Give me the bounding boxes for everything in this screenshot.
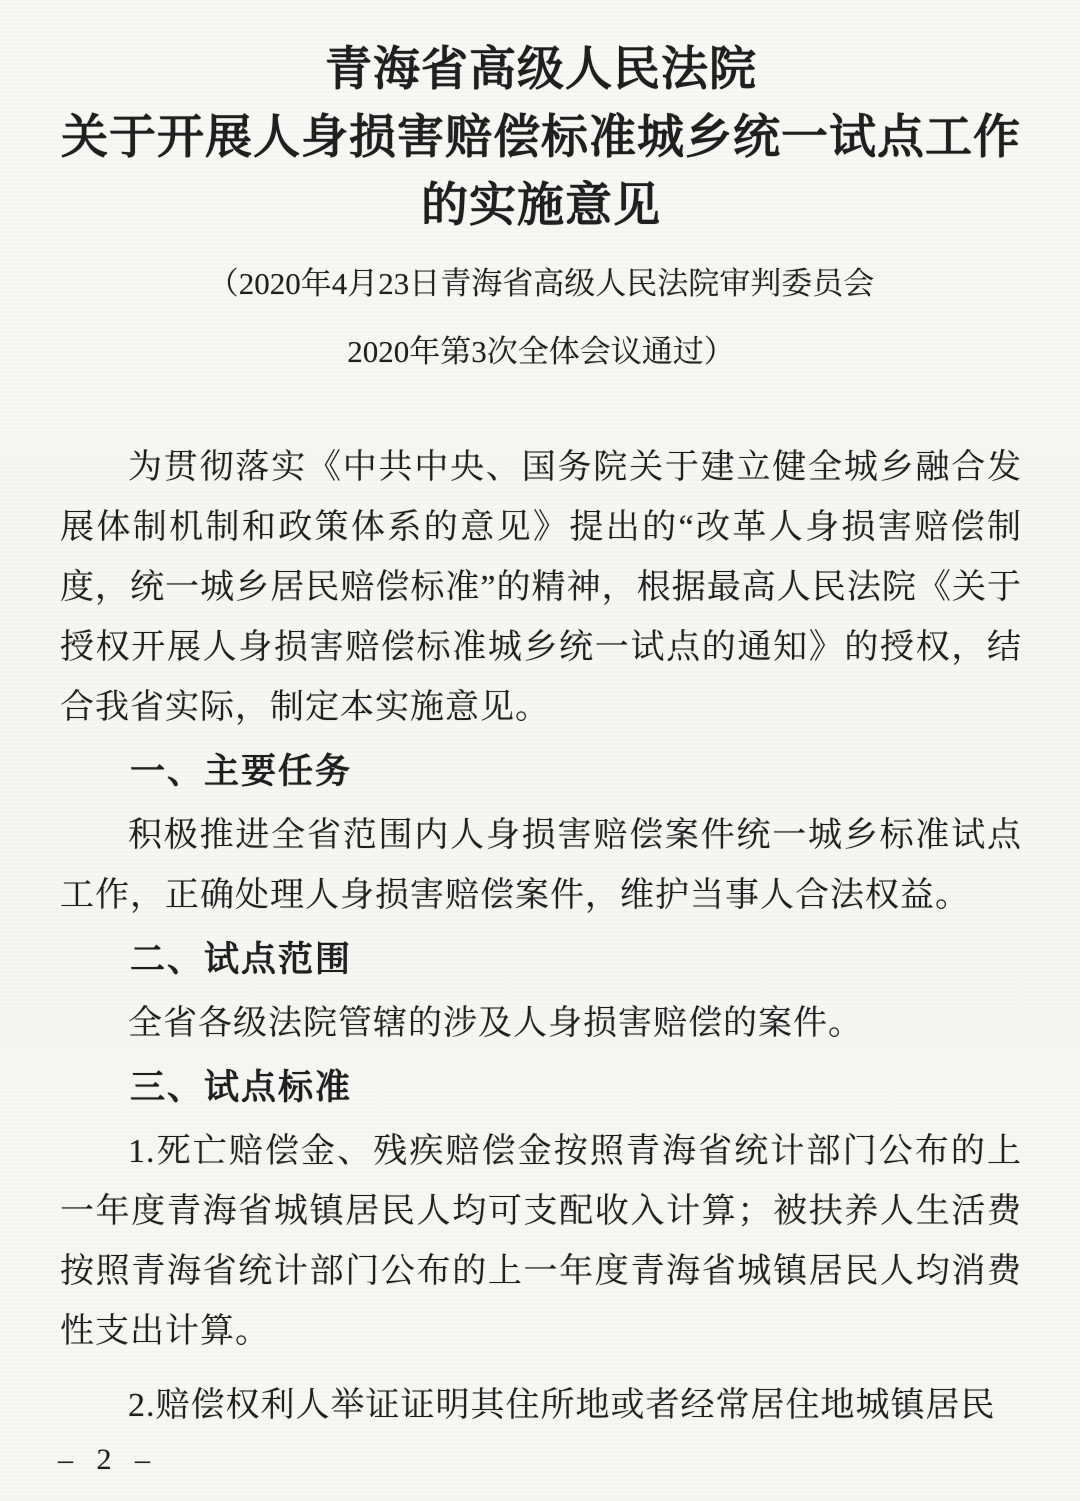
document-title-line-1: 青海省高级人民法院 <box>60 36 1022 104</box>
document-body: 为贯彻落实《中共中央、国务院关于建立健全城乡融合发展体制机制和政策体系的意见》提… <box>60 438 1022 1436</box>
adoption-note-line-1: （2020年4月23日青海省高级人民法院审判委员会 <box>60 250 1022 318</box>
section-heading-2: 二、试点范围 <box>60 930 1022 990</box>
section-3-item-2-paragraph: 2.赔偿权利人举证证明其住所地或者经常居住地城镇居民 <box>60 1376 1022 1436</box>
section-3-item-1-paragraph: 1.死亡赔偿金、残疾赔偿金按照青海省统计部门公布的上一年度青海省城镇居民人均可支… <box>60 1122 1022 1362</box>
intro-paragraph: 为贯彻落实《中共中央、国务院关于建立健全城乡融合发展体制机制和政策体系的意见》提… <box>60 438 1022 738</box>
section-2-paragraph: 全省各级法院管辖的涉及人身损害赔偿的案件。 <box>60 994 1022 1054</box>
document-title: 青海省高级人民法院 关于开展人身损害赔偿标准城乡统一试点工作 的实施意见 <box>60 36 1022 240</box>
adoption-note-line-2: 2020年第3次全体会议通过） <box>60 318 1022 386</box>
adoption-note: （2020年4月23日青海省高级人民法院审判委员会 2020年第3次全体会议通过… <box>60 250 1022 386</box>
page-number: – 2 – <box>58 1443 158 1477</box>
section-1-paragraph: 积极推进全省范围内人身损害赔偿案件统一城乡标准试点工作，正确处理人身损害赔偿案件… <box>60 806 1022 926</box>
section-heading-3: 三、试点标准 <box>60 1058 1022 1118</box>
section-heading-1: 一、主要任务 <box>60 742 1022 802</box>
document-title-line-3: 的实施意见 <box>60 172 1022 240</box>
scanned-document-page: 青海省高级人民法院 关于开展人身损害赔偿标准城乡统一试点工作 的实施意见 （20… <box>0 0 1080 1501</box>
document-title-line-2: 关于开展人身损害赔偿标准城乡统一试点工作 <box>60 104 1022 172</box>
